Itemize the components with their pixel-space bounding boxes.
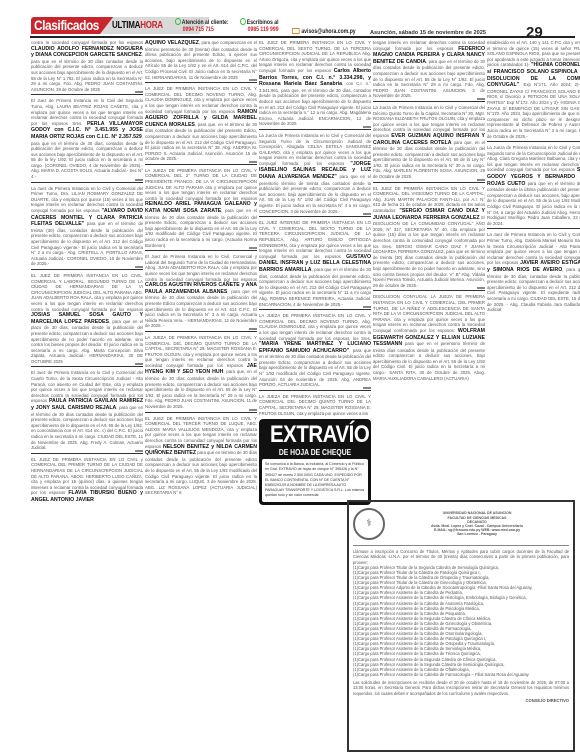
ad-body: Se comunica a la Banca, la Industria, al…	[262, 459, 368, 501]
column-4: tengan interés en reclamar derechos cont…	[373, 40, 485, 500]
column-2: AQUINO VELAZQUEZ, para que comparezcan e…	[145, 40, 257, 756]
legal-notice: LA JUEZA DE PRIMERA INSTANCIA EN LO CIVI…	[145, 335, 257, 410]
header-rule	[30, 36, 575, 38]
notice-closing: Las solicitudes de inscripciones se reci…	[353, 680, 569, 696]
legal-notice: La Juez de Primera Instancia en lo Civil…	[487, 232, 580, 312]
legal-notice: El Juez de Primera Instancia en lo Civil…	[31, 370, 143, 450]
legal-notice: EL JUEZ DE PRIMERA INSTANCIA EN LO CIVIL…	[31, 273, 143, 365]
column-5: establecido en el Art. 140 y 141 C.P.C c…	[487, 40, 580, 500]
legal-notice: El Juez de Primera Instancia en lo Civil…	[31, 98, 143, 179]
column-1: contra la sociedad conyugal formada por …	[31, 40, 143, 756]
legal-notice: contra la sociedad conyugal formada por …	[31, 40, 143, 92]
legal-notice: EL JUEZ INTERINO DE PRIMERA INSTANCIA EN…	[259, 220, 371, 307]
newspaper-logo: ULTIMAHORA	[112, 20, 163, 32]
legal-notice: LA JUEZA DE PRIMERA INSTANCIA EN LO CIVI…	[145, 168, 257, 248]
university-header: ⚕ UNIVERSIDAD NACIONAL DE ASUNCION FACUL…	[353, 506, 569, 546]
notice-intro: Llámase a inscripción a Concurso de Títu…	[353, 549, 569, 565]
position-item: (1)Cargo para Profesor Asistente de la C…	[353, 672, 569, 677]
legal-notice: La Jueza de Primera Instancia en lo Civi…	[487, 145, 580, 226]
university-notice: ⚕ UNIVERSIDAD NACIONAL DE ASUNCION FACUL…	[347, 500, 575, 752]
ad-title: EXTRAVÍO	[270, 422, 360, 447]
customer-service-contact: Atención al cliente: 0994 715 715	[175, 18, 229, 34]
legal-notice: DISOLUCION CONYUGAL LA JUEZA DE PRIMERA …	[373, 294, 485, 381]
legal-notice: AQUINO VELAZQUEZ, para que comparezcan e…	[145, 40, 257, 80]
legal-notice: LA JUEZA DE PRIMERA INSTANCIA EN LO CIVI…	[259, 394, 371, 416]
legal-notice: LA JUEZ DE PRIMERA INSTANCIA EN LO CIVIL…	[145, 86, 257, 162]
lost-check-ad-1: EXTRAVÍO DE HOJA DE CHEQUE Se comunica a…	[259, 419, 371, 504]
whatsapp-icon	[175, 18, 181, 25]
legal-notice: tengan interés en reclamar derechos cont…	[373, 40, 485, 99]
page-header: Clasificados ULTIMAHORA Atención al clie…	[0, 0, 580, 34]
section-title: Clasificados	[34, 17, 99, 34]
legal-notice: establecido en el Art. 140 y 141 C.P.C c…	[487, 40, 580, 139]
legal-notice: La Jueza de Primera Instancia en lo Civi…	[373, 105, 485, 180]
university-seal-icon: ⚕	[353, 508, 385, 540]
legal-notice: EL JUEZ DE PRIMERA INSTANCIA EN LO CIVIL…	[31, 457, 143, 504]
whatsapp-icon	[240, 18, 246, 25]
mail-icon	[292, 28, 300, 34]
legal-notice: La Juez de Primera Instancia en lo Civil…	[31, 186, 143, 267]
email-contact: avisos@uhora.com.py	[292, 28, 356, 36]
legal-notice: EL JUEZ DE PRIMERA INSTANCIA EN LO CIVIL…	[373, 186, 485, 289]
position-list: (1)Cargo para Profesor Titular de la Seg…	[353, 565, 569, 677]
legal-notice: El Juez de Primera Instancia en lo Civil…	[145, 254, 257, 329]
legal-notice: La Jueza de Primera Instancia en lo Civi…	[259, 133, 371, 214]
notice-signature: CONSEJO DIRECTIVO	[353, 698, 569, 703]
write-us-contact: Escribinos al 0985 119 999	[240, 18, 279, 34]
legal-notice: EL JUEZ DE PRIMERA INSTANCIA EN LO CIVIL…	[259, 40, 371, 127]
ad-subtitle: DE HOJA DE CHEQUE	[273, 447, 358, 457]
legal-notice: EL JUEZ DE PRIMERA INSTANCIA EN LO CIVIL…	[145, 416, 257, 496]
page-number: 29	[526, 24, 543, 41]
legal-notice: LA JUEZA DE PRIMERA INSTANCIA EN LO CIVI…	[259, 313, 371, 388]
